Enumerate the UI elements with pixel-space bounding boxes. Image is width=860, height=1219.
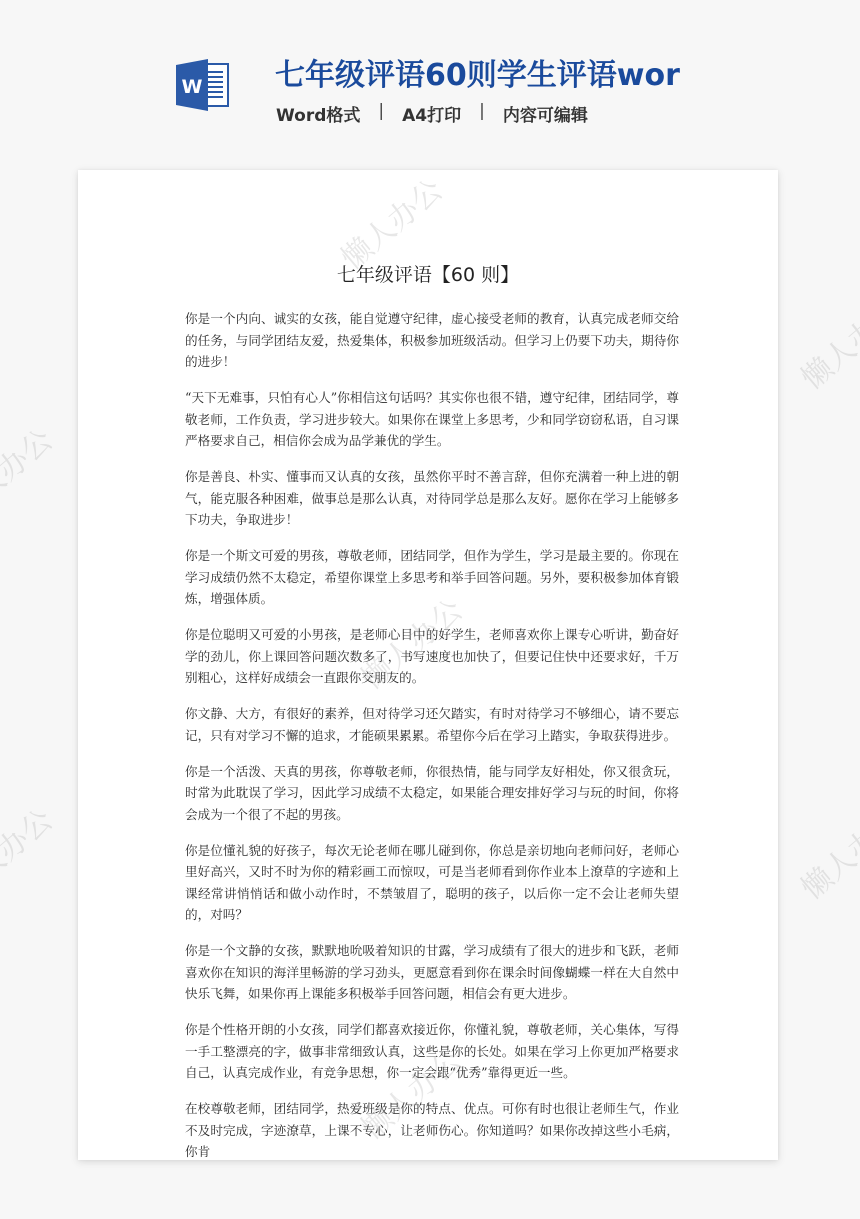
comment-paragraph: 你文静、大方，有很好的素养，但对待学习还欠踏实，有时对待学习不够细心，请不要忘记… xyxy=(185,703,679,746)
tag-editable: 内容可编辑 xyxy=(503,101,588,126)
tag-print: A4打印 xyxy=(402,101,461,126)
watermark: 懒人办公 xyxy=(0,797,60,908)
document-body: 你是一个内向、诚实的女孩，能自觉遵守纪律，虚心接受老师的教育，认真完成老师交给的… xyxy=(185,308,679,1160)
header: W 七年级评语60则学生评语wor Word格式 | A4打印 | 内容可编辑 xyxy=(0,0,860,150)
comment-paragraph: 你是位聪明又可爱的小男孩，是老师心目中的好学生，老师喜欢你上课专心听讲，勤奋好学… xyxy=(185,624,679,689)
separator: | xyxy=(378,101,384,126)
watermark: 懒人办公 xyxy=(790,797,860,908)
word-doc-icon: W xyxy=(174,58,230,112)
document-title: 七年级评语【60 则】 xyxy=(78,260,778,287)
comment-paragraph: 你是善良、朴实、懂事而又认真的女孩，虽然你平时不善言辞，但你充满着一种上进的朝气… xyxy=(185,466,679,531)
comment-paragraph: 你是位懂礼貌的好孩子，每次无论老师在哪儿碰到你，你总是亲切地向老师问好，老师心里… xyxy=(185,840,679,926)
watermark: 懒人办公 xyxy=(790,287,860,398)
separator: | xyxy=(479,101,485,126)
comment-paragraph: 你是个性格开朗的小女孩，同学们都喜欢接近你，你懂礼貌，尊敬老师，关心集体，写得一… xyxy=(185,1019,679,1084)
comment-paragraph: 你是一个活泼、天真的男孩，你尊敬老师，你很热情，能与同学友好相处，你又很贪玩，时… xyxy=(185,761,679,826)
watermark: 懒人办公 xyxy=(0,417,60,528)
comment-paragraph: 你是一个内向、诚实的女孩，能自觉遵守纪律，虚心接受老师的教育，认真完成老师交给的… xyxy=(185,308,679,373)
header-tags: Word格式 | A4打印 | 内容可编辑 xyxy=(276,101,588,126)
svg-text:W: W xyxy=(182,76,203,98)
comment-paragraph: “天下无难事，只怕有心人”你相信这句话吗？其实你也很不错，遵守纪律，团结同学，尊… xyxy=(185,387,679,452)
comment-paragraph: 你是一个斯文可爱的男孩，尊敬老师，团结同学，但作为学生，学习是最主要的。你现在学… xyxy=(185,545,679,610)
document-page: 七年级评语【60 则】 你是一个内向、诚实的女孩，能自觉遵守纪律，虚心接受老师的… xyxy=(78,170,778,1160)
comment-paragraph: 在校尊敬老师，团结同学，热爱班级是你的特点、优点。可你有时也很让老师生气，作业不… xyxy=(185,1098,679,1160)
tag-format: Word格式 xyxy=(276,101,360,126)
header-title: 七年级评语60则学生评语wor xyxy=(275,50,680,94)
comment-paragraph: 你是一个文静的女孩，默默地吮吸着知识的甘露，学习成绩有了很大的进步和飞跃，老师喜… xyxy=(185,940,679,1005)
